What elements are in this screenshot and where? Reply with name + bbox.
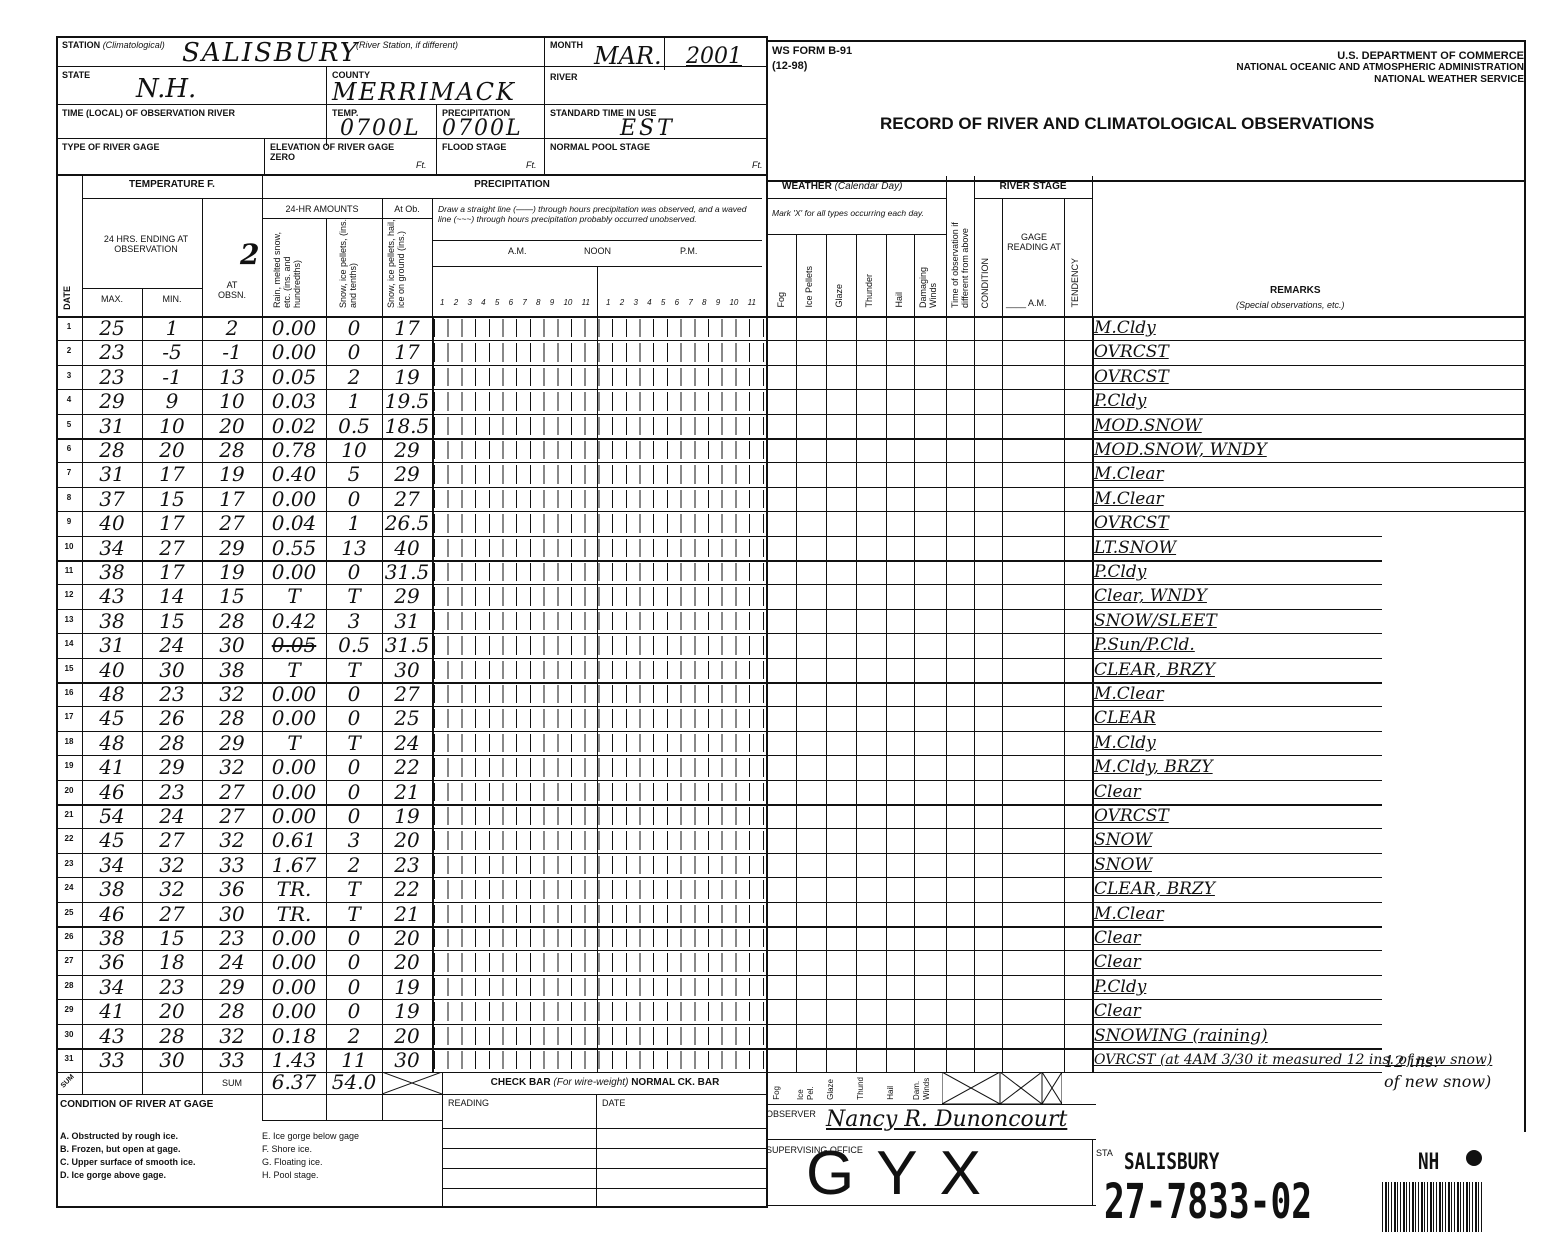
cell-min: 23 (142, 682, 202, 706)
cell-min: 30 (142, 658, 202, 682)
at-ob-header: At Ob. (382, 204, 432, 214)
cell-rain: 0.05 (262, 633, 326, 657)
divider (56, 316, 1526, 318)
hour-ticks[interactable] (434, 343, 764, 361)
cell-obs: -1 (202, 340, 262, 364)
observer-label: OBSERVER (766, 1109, 816, 1119)
table-row: 273618240.00020Clear (56, 950, 1386, 974)
row-remark: OVRCST (1094, 513, 1169, 533)
divider (974, 316, 975, 1072)
cell-min: -1 (142, 365, 202, 389)
cell-ground: 21 (382, 780, 432, 804)
row-remark: Clear (1094, 782, 1141, 802)
thund-abbr: Thund (856, 1077, 866, 1100)
hour: 9 (550, 298, 554, 307)
table-row: 313330331.431130OVRCST (at 4AM 3/30 it m… (56, 1048, 1386, 1072)
at-obsn-header: AT OBSN. (212, 280, 252, 300)
cell-min: 30 (142, 1048, 202, 1072)
cell-max: 45 (82, 828, 142, 852)
cell-ground: 19.5 (382, 389, 432, 413)
cell-snow: 0 (326, 560, 382, 584)
weather-mark-note: Mark 'X' for all types occurring each da… (772, 208, 932, 218)
divider (436, 104, 437, 176)
sum-label: SUM (202, 1078, 262, 1088)
cell-obs: 33 (202, 1048, 262, 1072)
cell-max: 34 (82, 853, 142, 877)
cell-min: 24 (142, 633, 202, 657)
cell-snow: 0 (326, 682, 382, 706)
hail-abbr: Hail (886, 1086, 896, 1100)
observer-signature: Nancy R. Dunoncourt (826, 1107, 1067, 1132)
table-row: 53110200.020.518.5MOD.SNOW (56, 414, 1386, 438)
flood-stage-label: FLOOD STAGE (442, 142, 506, 152)
ground-col-header: Snow, ice pellets, hail, ice on ground (… (386, 218, 426, 308)
cell-max: 45 (82, 706, 142, 730)
cell-rain: TR. (262, 902, 326, 926)
damaging-winds-header: Damaging Winds (918, 248, 940, 308)
divider (56, 104, 768, 105)
cell-min: 10 (142, 414, 202, 438)
cell-rain: T (262, 584, 326, 608)
row-remark: P.Cldy (1094, 562, 1146, 582)
divider (202, 198, 203, 316)
time-diff-header: Time of observation if different from ab… (950, 198, 972, 308)
cell-min: 17 (142, 462, 202, 486)
hour-ticks[interactable] (434, 758, 764, 776)
row-date: 3 (56, 371, 82, 380)
hour-ticks[interactable] (434, 490, 764, 508)
divider (326, 1094, 327, 1120)
divider (262, 316, 263, 1072)
table-row: 164823320.00027M.Clear (56, 682, 1386, 706)
cell-obs: 23 (202, 926, 262, 950)
row-remark: Clear, WNDY (1094, 586, 1207, 606)
cell-ground: 19 (382, 975, 432, 999)
hour: 4 (647, 298, 651, 307)
cell-snow: 0 (326, 706, 382, 730)
hour-ticks[interactable] (434, 880, 764, 898)
column-header-block: DATE TEMPERATURE F. 24 HRS. ENDING AT OB… (56, 176, 1096, 316)
24hr-amounts-header: 24-HR AMOUNTS (262, 204, 382, 214)
hour-ticks[interactable] (434, 807, 764, 825)
row-remark: OVRCST (1094, 806, 1169, 826)
cell-snow: 2 (326, 1024, 382, 1048)
hour: 6 (675, 298, 679, 307)
hour-ticks[interactable] (434, 636, 764, 654)
divider (596, 1094, 597, 1208)
cell-max: 38 (82, 609, 142, 633)
legend-item: B. Frozen, but open at gage. (60, 1143, 196, 1156)
gage-reading-header: GAGE READING AT (1006, 232, 1062, 252)
cell-rain: 0.00 (262, 804, 326, 828)
table-row: 25462730TR.T21M.Clear (56, 902, 1386, 926)
hour-ticks[interactable] (434, 685, 764, 703)
cell-obs: 27 (202, 780, 262, 804)
cell-min: 32 (142, 877, 202, 901)
hour: 1 (440, 298, 444, 307)
form-date: (12-98) (772, 60, 807, 72)
hours-pm: 1234567891011 (606, 298, 756, 307)
row-remark: Clear (1094, 952, 1141, 972)
hour-ticks[interactable] (434, 709, 764, 727)
cell-obs: 32 (202, 1024, 262, 1048)
divider (886, 316, 887, 1072)
station-value: SALISBURY (182, 38, 359, 68)
cell-snow: 0 (326, 487, 382, 511)
normal-pool-unit: Ft. (752, 160, 763, 170)
cell-snow: T (326, 658, 382, 682)
divider (946, 316, 947, 1072)
cell-rain: 0.00 (262, 780, 326, 804)
cell-obs: 29 (202, 975, 262, 999)
hour: 4 (481, 298, 485, 307)
hour-ticks[interactable] (434, 1051, 764, 1069)
cell-min: 15 (142, 926, 202, 950)
cell-ground: 29 (382, 438, 432, 462)
hour: 3 (633, 298, 637, 307)
draw-instructions: Draw a straight line (——) through hours … (438, 204, 758, 224)
cell-max: 48 (82, 731, 142, 755)
cell-ground: 21 (382, 902, 432, 926)
cell-obs: 28 (202, 706, 262, 730)
hour: 1 (606, 298, 610, 307)
table-row: 12431415TT29Clear, WNDY (56, 584, 1386, 608)
cell-obs: 38 (202, 658, 262, 682)
legend-item: C. Upper surface of smooth ice. (60, 1156, 196, 1169)
cell-rain: TR. (262, 877, 326, 901)
cell-max: 31 (82, 462, 142, 486)
cell-snow: 2 (326, 853, 382, 877)
legend-item: E. Ice gorge below gage (262, 1130, 359, 1143)
divider (202, 316, 203, 1072)
divider (442, 1188, 768, 1189)
cell-snow: 1 (326, 511, 382, 535)
cell-min: 27 (142, 902, 202, 926)
river-label: RIVER (550, 72, 578, 82)
divider (382, 1094, 383, 1120)
hour-ticks[interactable] (434, 587, 764, 605)
station-label-state: NH (1418, 1150, 1439, 1175)
hour-ticks[interactable] (434, 1027, 764, 1045)
cell-rain: 0.18 (262, 1024, 326, 1048)
hour-ticks[interactable] (434, 734, 764, 752)
hour-ticks[interactable] (434, 953, 764, 971)
cell-ground: 30 (382, 658, 432, 682)
row-remark: CLEAR, BRZY (1094, 660, 1215, 680)
hour-ticks[interactable] (434, 368, 764, 386)
cell-rain: 0.78 (262, 438, 326, 462)
divider (326, 316, 327, 1072)
cell-ground: 30 (382, 1048, 432, 1072)
hour-ticks[interactable] (434, 831, 764, 849)
cell-obs: 19 (202, 462, 262, 486)
hour: 8 (536, 298, 540, 307)
cell-min: 15 (142, 609, 202, 633)
divider (82, 316, 83, 1072)
divider (264, 138, 265, 176)
row-date: 27 (56, 956, 82, 965)
weather-header: WEATHER (Calendar Day) (782, 182, 902, 192)
row-remark: SNOW (1094, 830, 1152, 850)
row-date: 6 (56, 444, 82, 453)
divider (856, 316, 857, 1072)
max-header: MAX. (82, 294, 142, 304)
cell-obs: 28 (202, 438, 262, 462)
station-id: 27-7833-02 (1104, 1176, 1312, 1228)
sum-row: SUM SUM 6.37 54.0 CHECK BAR (For wire-we… (56, 1072, 768, 1094)
row-remark: SNOWING (raining) (1094, 1026, 1268, 1046)
divider (946, 176, 947, 316)
tendency-header: TENDENCY (1070, 258, 1080, 308)
snow-total: 54.0 (326, 1070, 382, 1094)
cell-snow: 13 (326, 536, 382, 560)
cell-ground: 27 (382, 487, 432, 511)
row-remark: M.Clear (1094, 464, 1164, 484)
hour-ticks[interactable] (434, 417, 764, 435)
table-row: 304328320.18220SNOWING (raining) (56, 1024, 1386, 1048)
table-row: 224527320.61320SNOW (56, 828, 1386, 852)
cell-min: 18 (142, 950, 202, 974)
cell-ground: 20 (382, 950, 432, 974)
condition-legend-right: E. Ice gorge below gage F. Shore ice. G.… (262, 1130, 359, 1182)
table-row: 4299100.03119.5P.Cldy (56, 389, 1386, 413)
cell-snow: T (326, 584, 382, 608)
hrs-ending-header: 24 HRS. ENDING AT OBSERVATION (96, 234, 196, 254)
cell-max: 48 (82, 682, 142, 706)
cell-ground: 29 (382, 462, 432, 486)
divider (432, 240, 762, 241)
divider (442, 1148, 768, 1149)
table-row: 15403038TT30CLEAR, BRZY (56, 658, 1386, 682)
divider (262, 176, 263, 316)
cell-obs: 32 (202, 828, 262, 852)
cell-min: 20 (142, 438, 202, 462)
cell-rain: 1.43 (262, 1048, 326, 1072)
agency-line-3: NATIONAL WEATHER SERVICE (1236, 74, 1524, 86)
divider (1064, 316, 1065, 1072)
remark-overflow: 12 ins. (1384, 1052, 1438, 1071)
cell-snow: 11 (326, 1048, 382, 1072)
cell-ground: 19 (382, 365, 432, 389)
state-value: N.H. (136, 74, 196, 104)
cell-obs: 30 (202, 902, 262, 926)
cell-max: 31 (82, 633, 142, 657)
check-bar-reading-label: READING (448, 1098, 489, 1108)
dam-winds-abbr: Dam. Winds (912, 1072, 930, 1100)
cell-max: 36 (82, 950, 142, 974)
cell-max: 40 (82, 511, 142, 535)
divider (766, 1205, 1096, 1206)
hour-ticks[interactable] (434, 465, 764, 483)
divider (914, 316, 915, 1072)
row-date: 11 (56, 566, 82, 575)
cell-obs: 20 (202, 414, 262, 438)
cell-ground: 19 (382, 999, 432, 1023)
cell-ground: 31.5 (382, 633, 432, 657)
cell-rain: 0.55 (262, 536, 326, 560)
cell-rain: 0.04 (262, 511, 326, 535)
row-remark: M.Clear (1094, 684, 1164, 704)
noaa-logo-icon (1466, 1150, 1482, 1166)
hour: 6 (509, 298, 513, 307)
row-remark: OVRCST (1094, 342, 1169, 362)
hour-ticks[interactable] (434, 563, 764, 581)
cell-ground: 19 (382, 804, 432, 828)
flood-stage-unit: Ft. (526, 160, 537, 170)
cell-rain: 0.00 (262, 950, 326, 974)
row-date: 1 (56, 322, 82, 331)
time-obs-river-label: TIME (local) OF OBSERVATION RIVER (62, 108, 235, 118)
form-title: RECORD OF RIVER AND CLIMATOLOGICAL OBSER… (880, 114, 1374, 134)
hour-ticks[interactable] (434, 319, 764, 337)
barcode-icon (1382, 1182, 1484, 1232)
county-value: MERRIMACK (332, 78, 516, 106)
divider (974, 176, 975, 316)
min-header: MIN. (142, 294, 202, 304)
cell-max: 34 (82, 975, 142, 999)
ice-pellets-header: Ice Pellets (804, 266, 814, 308)
cell-max: 46 (82, 780, 142, 804)
cell-max: 34 (82, 536, 142, 560)
divider (382, 316, 383, 1072)
fog-header: Fog (776, 292, 786, 308)
gage-am-label: ____ A.M. (1006, 298, 1047, 308)
hour-ticks[interactable] (434, 392, 764, 410)
hour-ticks[interactable] (434, 929, 764, 947)
precipitation-header: PRECIPITATION (262, 180, 762, 190)
cell-ground: 40 (382, 536, 432, 560)
station-label-name: SALISBURY (1124, 1150, 1219, 1175)
cell-obs: 33 (202, 853, 262, 877)
row-date: 20 (56, 786, 82, 795)
agency-line-2: NATIONAL OCEANIC AND ATMOSPHERIC ADMINIS… (1236, 62, 1524, 74)
table-row: 233432331.67223SNOW (56, 853, 1386, 877)
cell-snow: 0 (326, 999, 382, 1023)
cell-max: 43 (82, 584, 142, 608)
rain-col-header: Rain, melted snow, etc. (ins. and hundre… (272, 218, 312, 308)
table-row: 94017270.04126.5OVRCST (56, 511, 1386, 535)
cell-min: 28 (142, 1024, 202, 1048)
hour-ticks[interactable] (434, 612, 764, 630)
cell-snow: 2 (326, 365, 382, 389)
hour: 8 (702, 298, 706, 307)
cell-min: 17 (142, 511, 202, 535)
row-date: 7 (56, 468, 82, 477)
cell-obs: 32 (202, 755, 262, 779)
cell-obs: 17 (202, 487, 262, 511)
cell-min: 27 (142, 828, 202, 852)
cell-rain: 0.00 (262, 706, 326, 730)
condition-legend-left: A. Obstructed by rough ice. B. Frozen, b… (60, 1130, 196, 1182)
elevation-label: ELEVATION OF RIVER GAGE ZERO (270, 142, 400, 162)
cell-min: 1 (142, 316, 202, 340)
cell-ground: 24 (382, 731, 432, 755)
divider (442, 1168, 768, 1169)
divider (142, 316, 143, 1072)
cell-ground: 18.5 (382, 414, 432, 438)
divider (442, 1128, 768, 1129)
cell-max: 54 (82, 804, 142, 828)
date-header: DATE (62, 286, 72, 310)
row-date: 24 (56, 883, 82, 892)
row-date: 10 (56, 542, 82, 551)
cell-max: 31 (82, 414, 142, 438)
cell-max: 38 (82, 560, 142, 584)
cell-min: 9 (142, 389, 202, 413)
hour: 10 (563, 298, 572, 307)
cell-snow: 0 (326, 340, 382, 364)
table-row: 125120.00017M.Cldy (56, 316, 1386, 340)
cell-rain: 0.00 (262, 975, 326, 999)
hour-ticks[interactable] (434, 905, 764, 923)
station-label: STATION (Climatological) (62, 40, 165, 50)
divider (796, 316, 797, 1072)
hour: 3 (467, 298, 471, 307)
divider (856, 234, 857, 316)
hour: 5 (661, 298, 665, 307)
cell-ground: 26.5 (382, 511, 432, 535)
cell-rain: 0.00 (262, 560, 326, 584)
cell-rain: T (262, 658, 326, 682)
station-header-block: STATION (Climatological) SALISBURY (Rive… (56, 36, 768, 176)
hour-ticks[interactable] (434, 856, 764, 874)
glaze-abbr: Glaze (826, 1079, 836, 1100)
cell-rain: 0.40 (262, 462, 326, 486)
hour-ticks[interactable] (434, 441, 764, 459)
hour-ticks[interactable] (434, 661, 764, 679)
cell-ground: 27 (382, 682, 432, 706)
table-row: 143124300.050.531.5P.Sun/P.Cld. (56, 633, 1386, 657)
row-remark: M.Cldy, BRZY (1094, 757, 1213, 777)
cell-rain: 0.00 (262, 999, 326, 1023)
cell-obs: 13 (202, 365, 262, 389)
cell-snow: 0.5 (326, 414, 382, 438)
table-row: 113817190.00031.5P.Cldy (56, 560, 1386, 584)
cell-max: 29 (82, 389, 142, 413)
row-date: 25 (56, 908, 82, 917)
cell-min: 26 (142, 706, 202, 730)
row-remark: CLEAR (1094, 708, 1156, 728)
hour-ticks[interactable] (434, 783, 764, 801)
hour-ticks[interactable] (434, 1002, 764, 1020)
divider (914, 234, 915, 316)
hour-ticks[interactable] (434, 539, 764, 557)
cell-obs: 36 (202, 877, 262, 901)
hour-ticks[interactable] (434, 978, 764, 996)
am-label: A.M. (508, 246, 527, 256)
cell-max: 40 (82, 658, 142, 682)
cell-rain: 0.00 (262, 487, 326, 511)
hour: 11 (748, 298, 756, 307)
row-date: 14 (56, 639, 82, 648)
cell-ground: 22 (382, 877, 432, 901)
hours-am: 1234567891011 (440, 298, 590, 307)
cell-ground: 20 (382, 828, 432, 852)
row-remark: CLEAR, BRZY (1094, 879, 1215, 899)
glaze-header: Glaze (834, 284, 844, 308)
divider (432, 198, 433, 316)
cell-snow: 0.5 (326, 633, 382, 657)
cell-rain: 0.05 (262, 365, 326, 389)
row-remark: M.Clear (1094, 489, 1164, 509)
pm-label: P.M. (680, 246, 697, 256)
divider (1092, 316, 1094, 1072)
divider (56, 138, 768, 139)
divider (82, 1072, 83, 1094)
hour-ticks[interactable] (434, 514, 764, 532)
row-date: 13 (56, 615, 82, 624)
row-date: 18 (56, 737, 82, 746)
